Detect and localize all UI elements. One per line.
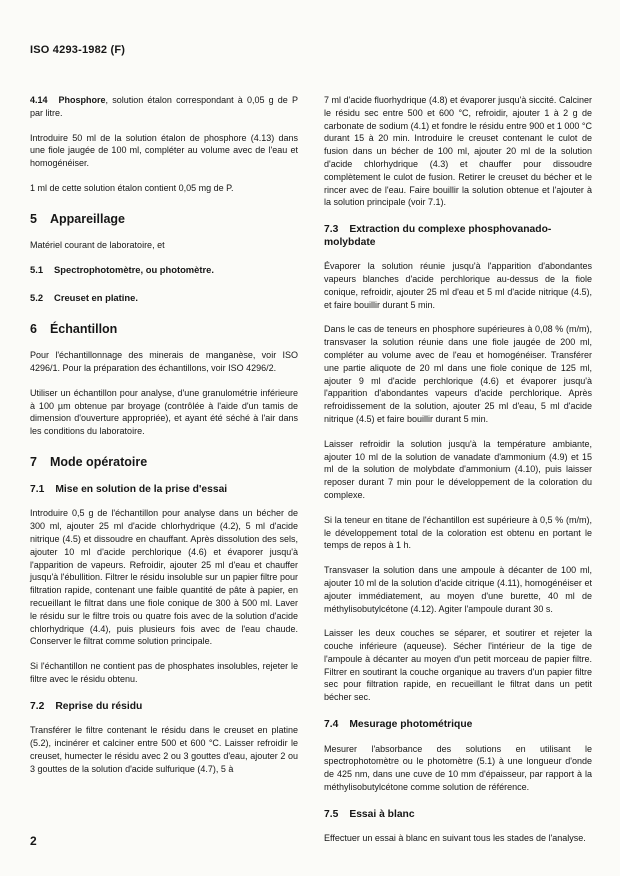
paragraph: Évaporer la solution réunie jusqu'à l'ap… xyxy=(324,260,592,311)
apparatus-item: 5.1Spectrophotomètre, ou photomètre. xyxy=(30,264,298,277)
subsection-heading: 7.5Essai à blanc xyxy=(324,809,592,822)
paragraph: Utiliser un échantillon pour analyse, d'… xyxy=(30,387,298,438)
paragraph: Matériel courant de laboratoire, et xyxy=(30,239,298,252)
paragraph: Si la teneur en titane de l'échantillon … xyxy=(324,514,592,552)
paragraph: Transférer le filtre contenant le résidu… xyxy=(30,724,298,775)
paragraph: Laisser refroidir la solution jusqu'à la… xyxy=(324,438,592,502)
subsection-heading: 7.4Mesurage photométrique xyxy=(324,719,592,732)
paragraph: Introduire 50 ml de la solution étalon d… xyxy=(30,132,298,170)
clause-number: 5 xyxy=(30,212,37,226)
page-number: 2 xyxy=(30,834,37,848)
paragraph: Introduire 0,5 g de l'échantillon pour a… xyxy=(30,507,298,648)
clause-number: 7 xyxy=(30,455,37,469)
clause-number: 7.5 xyxy=(324,809,338,820)
bold-lead-term: Phosphore xyxy=(59,95,106,105)
section-heading: 7Mode opératoire xyxy=(30,455,298,469)
paragraph: Si l'échantillon ne contient pas de phos… xyxy=(30,660,298,686)
right-column: 7 ml d'acide fluorhydrique (4.8) et évap… xyxy=(324,94,592,857)
paragraph: 1 ml de cette solution étalon contient 0… xyxy=(30,182,298,195)
subsection-heading: 7.1Mise en solution de la prise d'essai xyxy=(30,484,298,497)
paragraph: Dans le cas de teneurs en phosphore supé… xyxy=(324,323,592,425)
section-heading: 5Appareillage xyxy=(30,212,298,226)
clause-number: 5.1 xyxy=(30,264,43,275)
clause-number: 5.2 xyxy=(30,292,43,303)
clause-number: 7.4 xyxy=(324,719,338,730)
paragraph: Mesurer l'absorbance des solutions en ut… xyxy=(324,743,592,794)
subsection-heading: 7.3Extraction du complexe phosphovanado­… xyxy=(324,224,592,249)
document-reference-header: ISO 4293-1982 (F) xyxy=(30,44,125,56)
paragraph: Effectuer un essai à blanc en suivant to… xyxy=(324,832,592,845)
clause-number: 7.2 xyxy=(30,701,44,712)
clause-number: 7.3 xyxy=(324,224,338,235)
paragraph: Laisser les deux couches se séparer, et … xyxy=(324,627,592,704)
clause-number: 6 xyxy=(30,322,37,336)
document-page: { "document": { "header": "ISO 4293-1982… xyxy=(0,0,620,876)
clause-number: 7.1 xyxy=(30,484,44,495)
apparatus-item: 5.2Creuset en platine. xyxy=(30,292,298,305)
paragraph: Transvaser la solution dans une ampoule … xyxy=(324,564,592,615)
paragraph: 7 ml d'acide fluorhydrique (4.8) et évap… xyxy=(324,94,592,209)
paragraph: Pour l'échantillonnage des minerais de m… xyxy=(30,349,298,375)
clause-number: 4.14 xyxy=(30,95,48,105)
subsection-heading: 7.2Reprise du résidu xyxy=(30,701,298,714)
paragraph: 4.14Phosphore, solution étalon correspon… xyxy=(30,94,298,120)
left-column: 4.14Phosphore, solution étalon correspon… xyxy=(30,94,298,788)
section-heading: 6Échantillon xyxy=(30,322,298,336)
